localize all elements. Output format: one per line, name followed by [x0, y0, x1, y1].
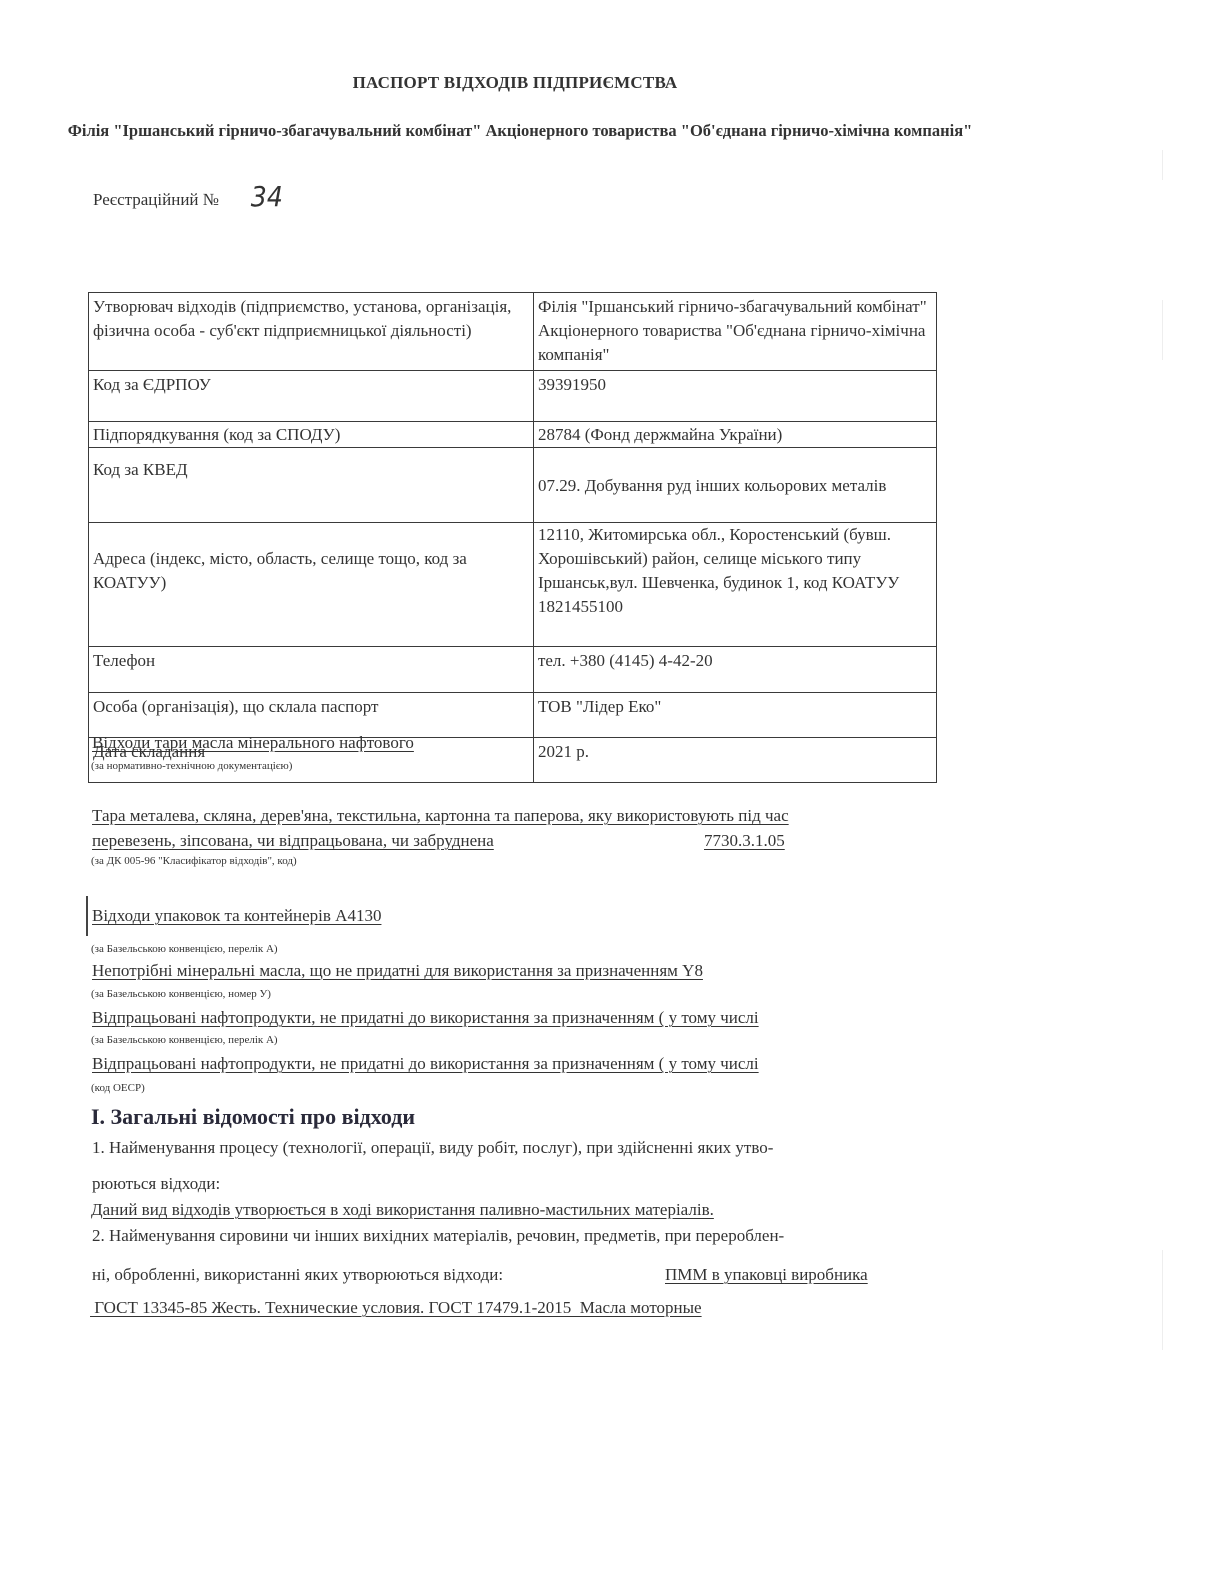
caption-basel-y: (за Базельською конвенцією, номер У)	[91, 988, 271, 1000]
row-label: Код за ЄДРПОУ	[89, 371, 534, 422]
question-1-line1: 1. Найменування процесу (технології, опе…	[92, 1138, 773, 1158]
waste-code-dk: 7730.3.1.05	[704, 831, 785, 851]
caption-basel-a2: (за Базельською конвенцією, перелік А)	[91, 1034, 278, 1046]
table-row: Особа (організація), що склала паспорт Т…	[89, 693, 937, 738]
scan-artifact	[1162, 1250, 1163, 1350]
organization-name: Філія "Іршанський гірничо-збагачувальний…	[60, 119, 980, 143]
answer-2-part1: ПММ в упаковці виробника	[665, 1265, 868, 1285]
table-row: Адреса (індекс, місто, область, селище т…	[89, 523, 937, 647]
row-value: тел. +380 (4145) 4-42-20	[533, 647, 936, 693]
document-title: ПАСПОРТ ВІДХОДІВ ПІДПРИЄМСТВА	[0, 73, 1030, 93]
waste-name-dk-line1: Тара металева, скляна, дерев'яна, тексти…	[92, 806, 789, 826]
table-row: Утворювач відходів (підприємство, устано…	[89, 293, 937, 371]
row-label: Особа (організація), що склала паспорт	[89, 693, 534, 738]
question-2-line2: ні, обробленні, використанні яких утворю…	[92, 1265, 503, 1285]
scan-artifact	[1162, 150, 1163, 180]
margin-mark	[86, 896, 88, 936]
waste-name-basel-y: Непотрібні мінеральні масла, що не прида…	[92, 961, 703, 981]
row-label: Телефон	[89, 647, 534, 693]
row-value: 28784 (Фонд держмайна України)	[533, 422, 936, 448]
table-row: Підпорядкування (код за СПОДУ) 28784 (Фо…	[89, 422, 937, 448]
row-value: ТОВ "Лідер Еко"	[533, 693, 936, 738]
row-value: 07.29. Добування руд інших кольорових ме…	[533, 448, 936, 523]
section-heading: І. Загальні відомості про відходи	[91, 1104, 415, 1130]
table-row: Код за ЄДРПОУ 39391950	[89, 371, 937, 422]
row-label: Адреса (індекс, місто, область, селище т…	[89, 523, 534, 647]
caption-basel-a: (за Базельською конвенцією, перелік А)	[91, 943, 278, 955]
caption-oecd: (код ОЕСР)	[91, 1082, 145, 1094]
table-row: Код за КВЕД 07.29. Добування руд інших к…	[89, 448, 937, 523]
registration-label: Реєстраційний №	[93, 190, 219, 210]
enterprise-info-table: Утворювач відходів (підприємство, устано…	[88, 292, 937, 783]
answer-2-part2: ГОСТ 13345-85 Жесть. Технические условия…	[90, 1298, 702, 1318]
question-1-line2: рюються відходи:	[92, 1174, 220, 1194]
row-label: Код за КВЕД	[89, 448, 534, 523]
waste-name-ntd: Відходи тари масла мінерального нафтовог…	[92, 733, 414, 753]
waste-name-oecd: Відпрацьовані нафтопродукти, не придатні…	[92, 1054, 759, 1074]
row-label: Утворювач відходів (підприємство, устано…	[89, 293, 534, 371]
table-row: Телефон тел. +380 (4145) 4-42-20	[89, 647, 937, 693]
scan-artifact	[1162, 300, 1163, 360]
question-2-line1: 2. Найменування сировини чи інших вихідн…	[92, 1226, 784, 1246]
row-value: Філія "Іршанський гірничо-збагачувальний…	[533, 293, 936, 371]
waste-name-basel-a2: Відпрацьовані нафтопродукти, не придатні…	[92, 1008, 759, 1028]
waste-name-dk-line2: перевезень, зіпсована, чи відпрацьована,…	[92, 831, 544, 851]
row-value: 2021 р.	[533, 738, 936, 783]
caption-dk: (за ДК 005-96 "Класифікатор відходів", к…	[91, 855, 297, 867]
answer-1: Даний вид відходів утворюється в ході ви…	[91, 1200, 714, 1220]
caption-ntd: (за нормативно-технічною документацією)	[91, 760, 292, 772]
registration-number-handwritten: 34	[251, 180, 283, 213]
waste-name-basel-a: Відходи упаковок та контейнерів А4130	[92, 906, 381, 926]
row-value: 39391950	[533, 371, 936, 422]
row-value: 12110, Житомирська обл., Коростенський (…	[533, 523, 936, 647]
row-label: Підпорядкування (код за СПОДУ)	[89, 422, 534, 448]
